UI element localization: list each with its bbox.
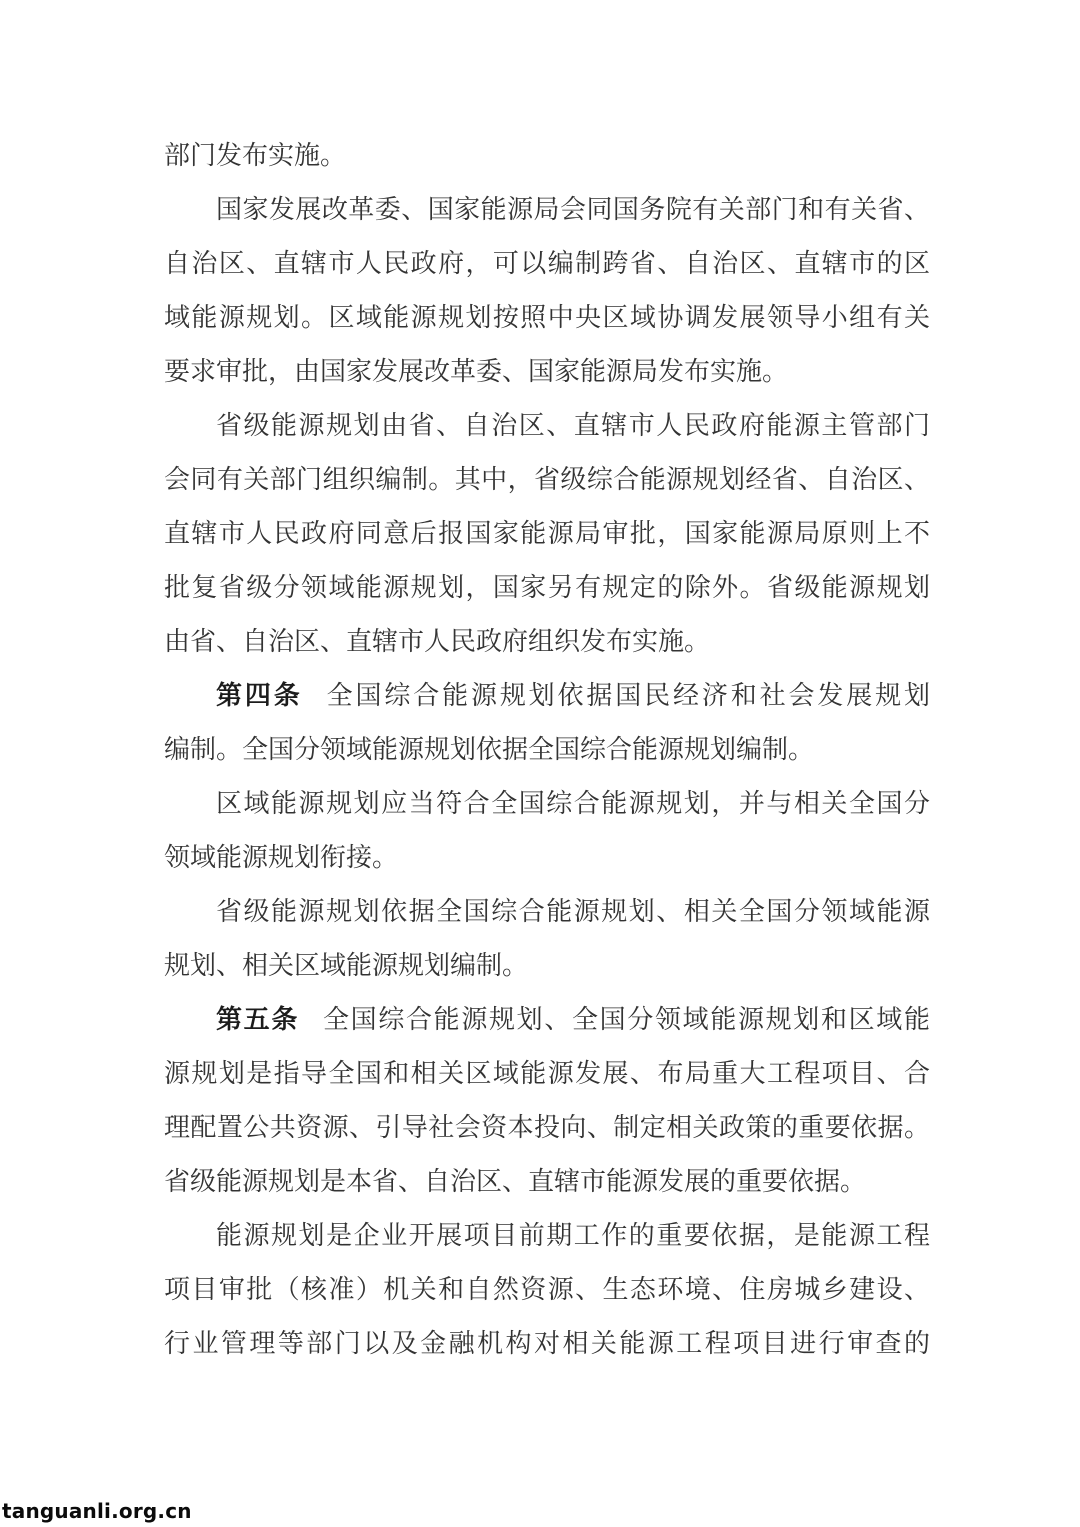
text-line: 省级能源规划依据全国综合能源规划、相关全国分领域能源: [164, 885, 930, 939]
text-line: 要求审批，由国家发展改革委、国家能源局发布实施。: [164, 345, 930, 399]
text-line: 源规划是指导全国和相关区域能源发展、布局重大工程项目、合: [164, 1047, 930, 1101]
line-text: 全国综合能源规划、全国分领域能源规划和区域能: [323, 1005, 930, 1034]
text-line: 省级能源规划是本省、自治区、直辖市能源发展的重要依据。: [164, 1155, 930, 1209]
article-number: 第五条: [216, 1005, 299, 1034]
text-line: 自治区、直辖市人民政府，可以编制跨省、自治区、直辖市的区: [164, 237, 930, 291]
text-line: 批复省级分领域能源规划，国家另有规定的除外。省级能源规划: [164, 561, 930, 615]
document-page: 部门发布实施。国家发展改革委、国家能源局会同国务院有关部门和有关省、自治区、直辖…: [0, 0, 1080, 1527]
text-line: 部门发布实施。: [164, 129, 930, 183]
article-number: 第四条: [216, 681, 303, 710]
text-line: 领域能源规划衔接。: [164, 831, 930, 885]
text-line: 直辖市人民政府同意后报国家能源局审批，国家能源局原则上不: [164, 507, 930, 561]
text-line: 编制。全国分领域能源规划依据全国综合能源规划编制。: [164, 723, 930, 777]
text-line: 项目审批（核准）机关和自然资源、生态环境、住房城乡建设、: [164, 1263, 930, 1317]
text-line: 省级能源规划由省、自治区、直辖市人民政府能源主管部门: [164, 399, 930, 453]
text-line: 能源规划是企业开展项目前期工作的重要依据，是能源工程: [164, 1209, 930, 1263]
line-text: 全国综合能源规划依据国民经济和社会发展规划: [327, 681, 930, 710]
text-line: 规划、相关区域能源规划编制。: [164, 939, 930, 993]
text-line: 会同有关部门组织编制。其中，省级综合能源规划经省、自治区、: [164, 453, 930, 507]
text-line: 由省、自治区、直辖市人民政府组织发布实施。: [164, 615, 930, 669]
text-line: 理配置公共资源、引导社会资本投向、制定相关政策的重要依据。: [164, 1101, 930, 1155]
text-line: 行业管理等部门以及金融机构对相关能源工程项目进行审查的: [164, 1317, 930, 1371]
text-line: 第四条全国综合能源规划依据国民经济和社会发展规划: [164, 669, 930, 723]
text-line: 域能源规划。区域能源规划按照中央区域协调发展领导小组有关: [164, 291, 930, 345]
watermark: tanguanli.org.cn: [2, 1499, 192, 1523]
text-line: 国家发展改革委、国家能源局会同国务院有关部门和有关省、: [164, 183, 930, 237]
text-line: 第五条全国综合能源规划、全国分领域能源规划和区域能: [164, 993, 930, 1047]
text-line: 区域能源规划应当符合全国综合能源规划，并与相关全国分: [164, 777, 930, 831]
document-body: 部门发布实施。国家发展改革委、国家能源局会同国务院有关部门和有关省、自治区、直辖…: [164, 129, 930, 1371]
